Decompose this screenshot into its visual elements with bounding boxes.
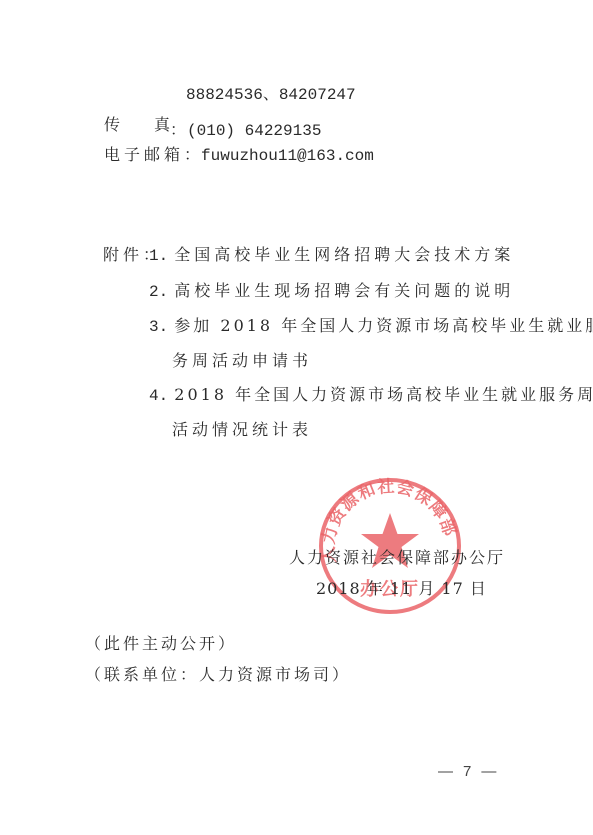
disclosure-note: （此件主动公开） (85, 634, 237, 654)
fax-value: (010) 64229135 (187, 122, 321, 140)
issue-date: 2018 年 11 月 17 日 (316, 579, 487, 599)
email-label: 电子邮箱 (104, 145, 184, 164)
page-number-value: 7 (463, 763, 481, 780)
page-dash-left: — (438, 763, 463, 780)
attachment-item-4: 4. 2018 年全国人力资源市场高校毕业生就业服务周 (149, 385, 593, 406)
email-separator: ： (184, 145, 201, 164)
contact-unit-note: （联系单位：人力资源市场司） (85, 665, 351, 685)
attachment-number: 1. (149, 247, 168, 265)
attachment-item-1: 1. 全国高校毕业生网络招聘大会技术方案 (149, 245, 514, 266)
attachment-title: 参加 2018 年全国人力资源市场高校毕业生就业服 (174, 316, 593, 335)
attachment-item-3: 3. 参加 2018 年全国人力资源市场高校毕业生就业服 (149, 316, 593, 337)
issuing-organization: 人力资源社会保障部办公厅 (289, 548, 505, 568)
fax-label-char-2: 真 (154, 115, 170, 135)
attachment-number: 4. (149, 387, 168, 405)
fax-label-char-1: 传 (104, 115, 120, 135)
page-number: —7— (438, 763, 506, 780)
fax-separator: ： (170, 120, 187, 139)
attachment-title: 全国高校毕业生网络招聘大会技术方案 (174, 245, 514, 264)
attachment-title: 高校毕业生现场招聘会有关问题的说明 (174, 281, 514, 300)
attachment-item-2: 2. 高校毕业生现场招聘会有关问题的说明 (149, 281, 514, 302)
attachment-number: 3. (149, 318, 168, 336)
attachment-number: 2. (149, 283, 168, 301)
attachment-title: 2018 年全国人力资源市场高校毕业生就业服务周 (174, 385, 593, 404)
email-row: 电子邮箱：fuwuzhou11@163.com (104, 145, 374, 166)
document-page: 88824536、84207247 传 真 ：(010) 64229135 电子… (0, 0, 593, 835)
fax-row: 传 真 ：(010) 64229135 (104, 115, 321, 141)
attachment-item-3-continued: 务周活动申请书 (172, 351, 312, 371)
email-value: fuwuzhou11@163.com (201, 147, 374, 165)
fax-label: 传 真 (104, 115, 170, 135)
attachment-title-continued: 务周活动申请书 (172, 351, 312, 370)
page-dash-right: — (481, 763, 506, 780)
phone-continuation: 88824536、84207247 (186, 85, 356, 105)
attachment-item-4-continued: 活动情况统计表 (172, 420, 312, 440)
attachment-title-continued: 活动情况统计表 (172, 420, 312, 439)
